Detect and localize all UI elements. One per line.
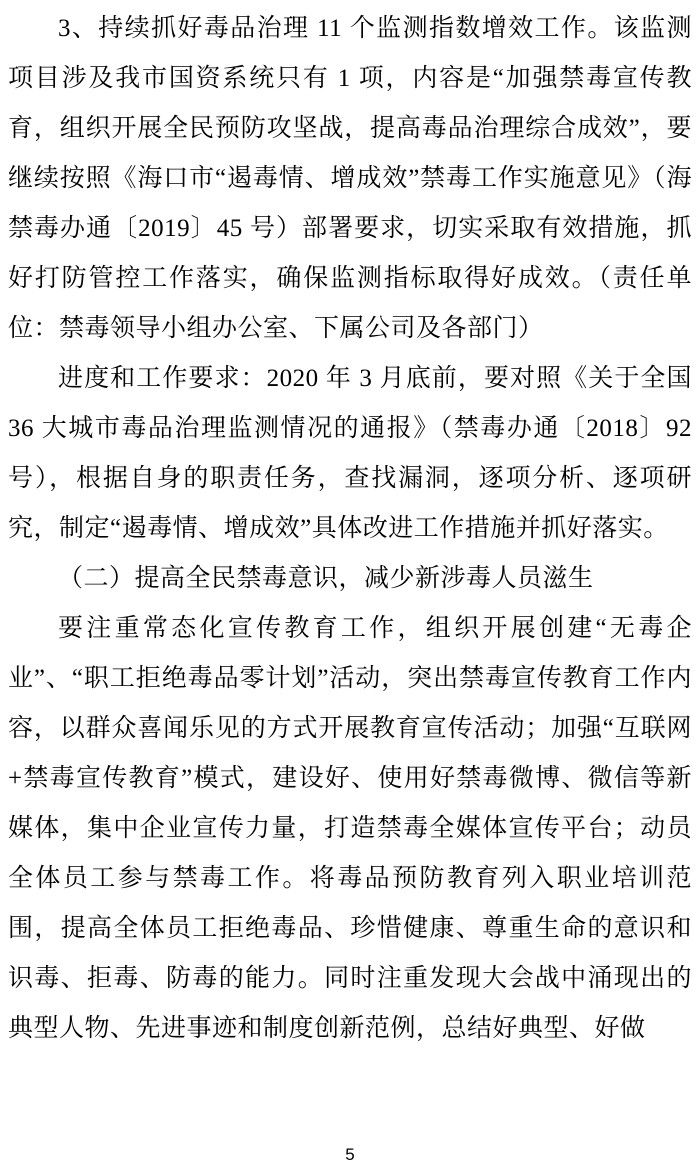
section-heading-two: （二）提高全民禁毒意识，减少新涉毒人员滋生 [8,554,692,604]
document-body: 3、持续抓好毒品治理 11 个监测指数增效工作。该监测项目涉及我市国资系统只有 … [8,4,692,1054]
paragraph-publicity-education: 要注重常态化宣传教育工作，组织开展创建“无毒企业”、“职工拒绝毒品零计划”活动，… [8,604,692,1054]
document-page: 3、持续抓好毒品治理 11 个监测指数增效工作。该监测项目涉及我市国资系统只有 … [0,0,700,1169]
page-number: 5 [0,1145,700,1165]
paragraph-monitoring-index-work: 3、持续抓好毒品治理 11 个监测指数增效工作。该监测项目涉及我市国资系统只有 … [8,4,692,354]
paragraph-progress-requirements: 进度和工作要求：2020 年 3 月底前，要对照《关于全国 36 大城市毒品治理… [8,354,692,554]
